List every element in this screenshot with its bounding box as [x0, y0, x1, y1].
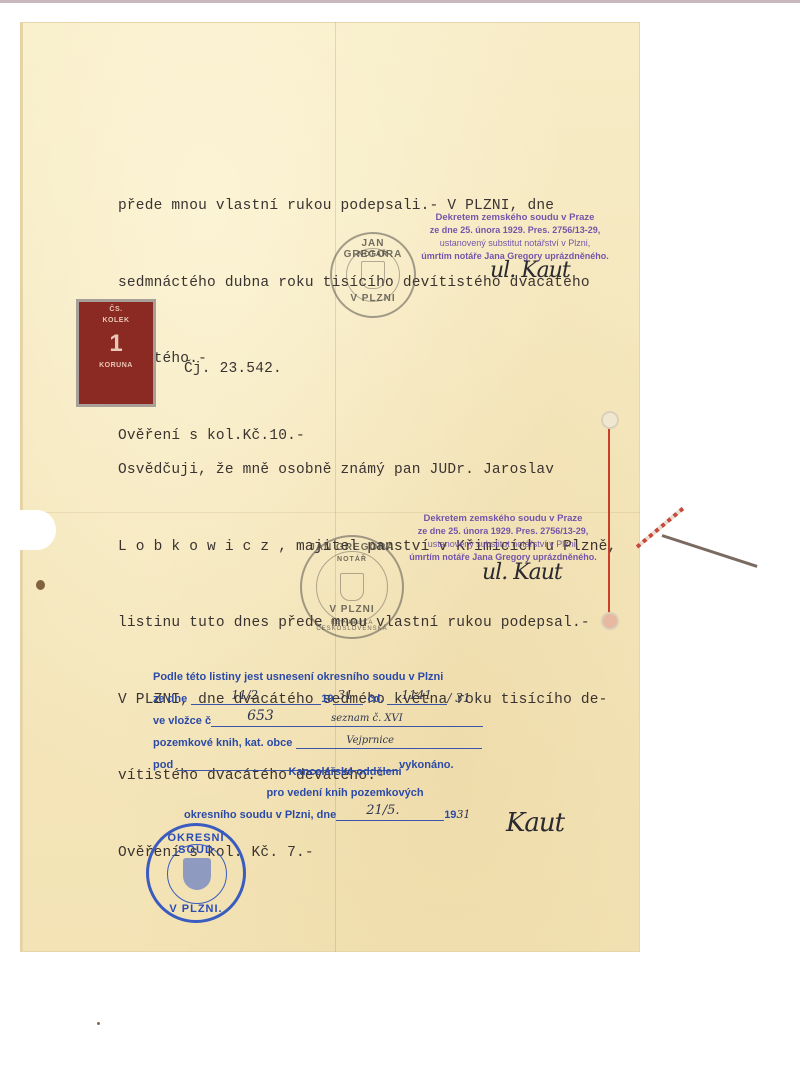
ink-stain [97, 1022, 100, 1025]
string-knot [601, 411, 619, 429]
seal-bottom-text: V PLZNI [302, 604, 402, 615]
dateline-year-value: 31 [456, 808, 470, 821]
coat-of-arms-icon [340, 573, 364, 601]
case-field: 1141 [387, 690, 447, 705]
cord-tail [662, 534, 758, 568]
reference-number: Čj. 23.542. [184, 357, 282, 383]
stamp-country: ČS. [79, 306, 153, 313]
registry-office: Kancelářské oddělení pro vedení knih poz… [180, 762, 510, 804]
date-label: ze dne [153, 693, 187, 705]
form-row-cadastre: pozemkové knih, kat. obce Vejprnice [153, 727, 493, 749]
stamp-value: 1 [79, 330, 153, 358]
entry-note: seznam č. XVI [331, 713, 403, 724]
office-line: Kancelářské oddělení [180, 762, 510, 783]
year-field: 31 [333, 690, 363, 705]
stamp-line: ze dne 25. února 1929. Pres. 2756/13-29, [398, 525, 608, 538]
dateline-year-prefix: 19 [444, 809, 456, 821]
date-field: 11/2 [191, 690, 321, 705]
case-label: čd. [367, 693, 383, 705]
office-line: pro vedení knih pozemkových [180, 783, 510, 804]
notary-seal: JAN GREGORA NOTÁŘ V PLZNI REPUBLIKA ČESK… [300, 535, 404, 639]
seal-sub-text: NOTÁŘ [302, 556, 402, 563]
form-row-date: ze dne 11/2 19 31 čd. 1141 / 31 [153, 683, 493, 705]
stamp-line: ustanovený substitut notářství v Plzni, [398, 538, 608, 551]
dateline-label: okresního soudu v Plzni, dne [184, 809, 336, 821]
revenue-stamp: ČS. KOLEK 1 KORUNA [76, 299, 156, 407]
coat-of-arms-icon [183, 858, 211, 890]
stamp-label-top: KOLEK [79, 317, 153, 324]
stamp-line: Dekretem zemského soudu v Praze [398, 512, 608, 525]
registrar-signature: Kaut [506, 808, 564, 838]
year-value: 31 [337, 688, 352, 702]
notary-signature: ul. Kaut [482, 560, 562, 585]
string-knot [601, 612, 619, 630]
seal-sub-text: NOTÁŘ [332, 251, 414, 258]
entry-label: ve vložce č [153, 715, 211, 727]
stamp-line: Dekretem zemského soudu v Praze [410, 211, 620, 224]
under-label: pod [153, 759, 173, 771]
notary-decree-stamp: Dekretem zemského soudu v Praze ze dne 2… [398, 512, 608, 564]
form-heading: Podle této listiny jest usnesení okresní… [153, 661, 493, 683]
ink-stain [36, 580, 45, 590]
stamp-line: ze dne 25. února 1929. Pres. 2756/13-29, [410, 224, 620, 237]
seal-bottom-text: V PLZNI. [149, 903, 243, 915]
entry-field: 653 seznam č. XVI [211, 712, 483, 727]
notary-signature: ul. Kaut [490, 258, 570, 283]
seal-ring-text: REPUBLIKA ČESKOSLOVENSKÁ [302, 620, 402, 632]
cadastre-value: Vejprnice [346, 735, 394, 746]
stamp-label-bottom: KORUNA [79, 362, 153, 369]
court-registry-form: Podle této listiny jest usnesení okresní… [153, 661, 493, 771]
case-suffix: / 31 [447, 691, 470, 705]
case-value: 1141 [401, 688, 432, 702]
coat-of-arms-icon [361, 261, 385, 289]
cadastre-label: pozemkové knih, kat. obce [153, 737, 292, 749]
seal-bottom-text: V PLZNI [332, 293, 414, 304]
notary-decree-stamp: Dekretem zemského soudu v Praze ze dne 2… [410, 211, 620, 263]
binding-string [608, 420, 610, 620]
twisted-cord [636, 507, 685, 549]
office-dateline: okresního soudu v Plzni, dne 21/5. 19 31 [184, 806, 470, 821]
seal-top-text: JAN GREGORA [302, 542, 402, 553]
date-value: 11/2 [231, 688, 258, 702]
dateline-value: 21/5. [366, 803, 399, 818]
form-row-entry: ve vložce č 653 seznam č. XVI [153, 705, 493, 727]
scan-edge [0, 0, 800, 3]
entry-value: 653 [247, 708, 274, 724]
year-prefix: 19 [321, 693, 333, 705]
court-seal: OKRESNÍ SOUD V PLZNI. [146, 823, 246, 923]
attestation-line: Osvědčuji, že mně osobně známý pan JUDr.… [118, 458, 616, 484]
paper-tear [18, 510, 56, 550]
stamp-line: ustanovený substitut notářství v Plzni, [410, 237, 620, 250]
cadastre-field: Vejprnice [296, 734, 482, 749]
dateline-field: 21/5. [336, 806, 444, 821]
notary-seal: JAN GREGORA NOTÁŘ V PLZNI [330, 232, 416, 318]
